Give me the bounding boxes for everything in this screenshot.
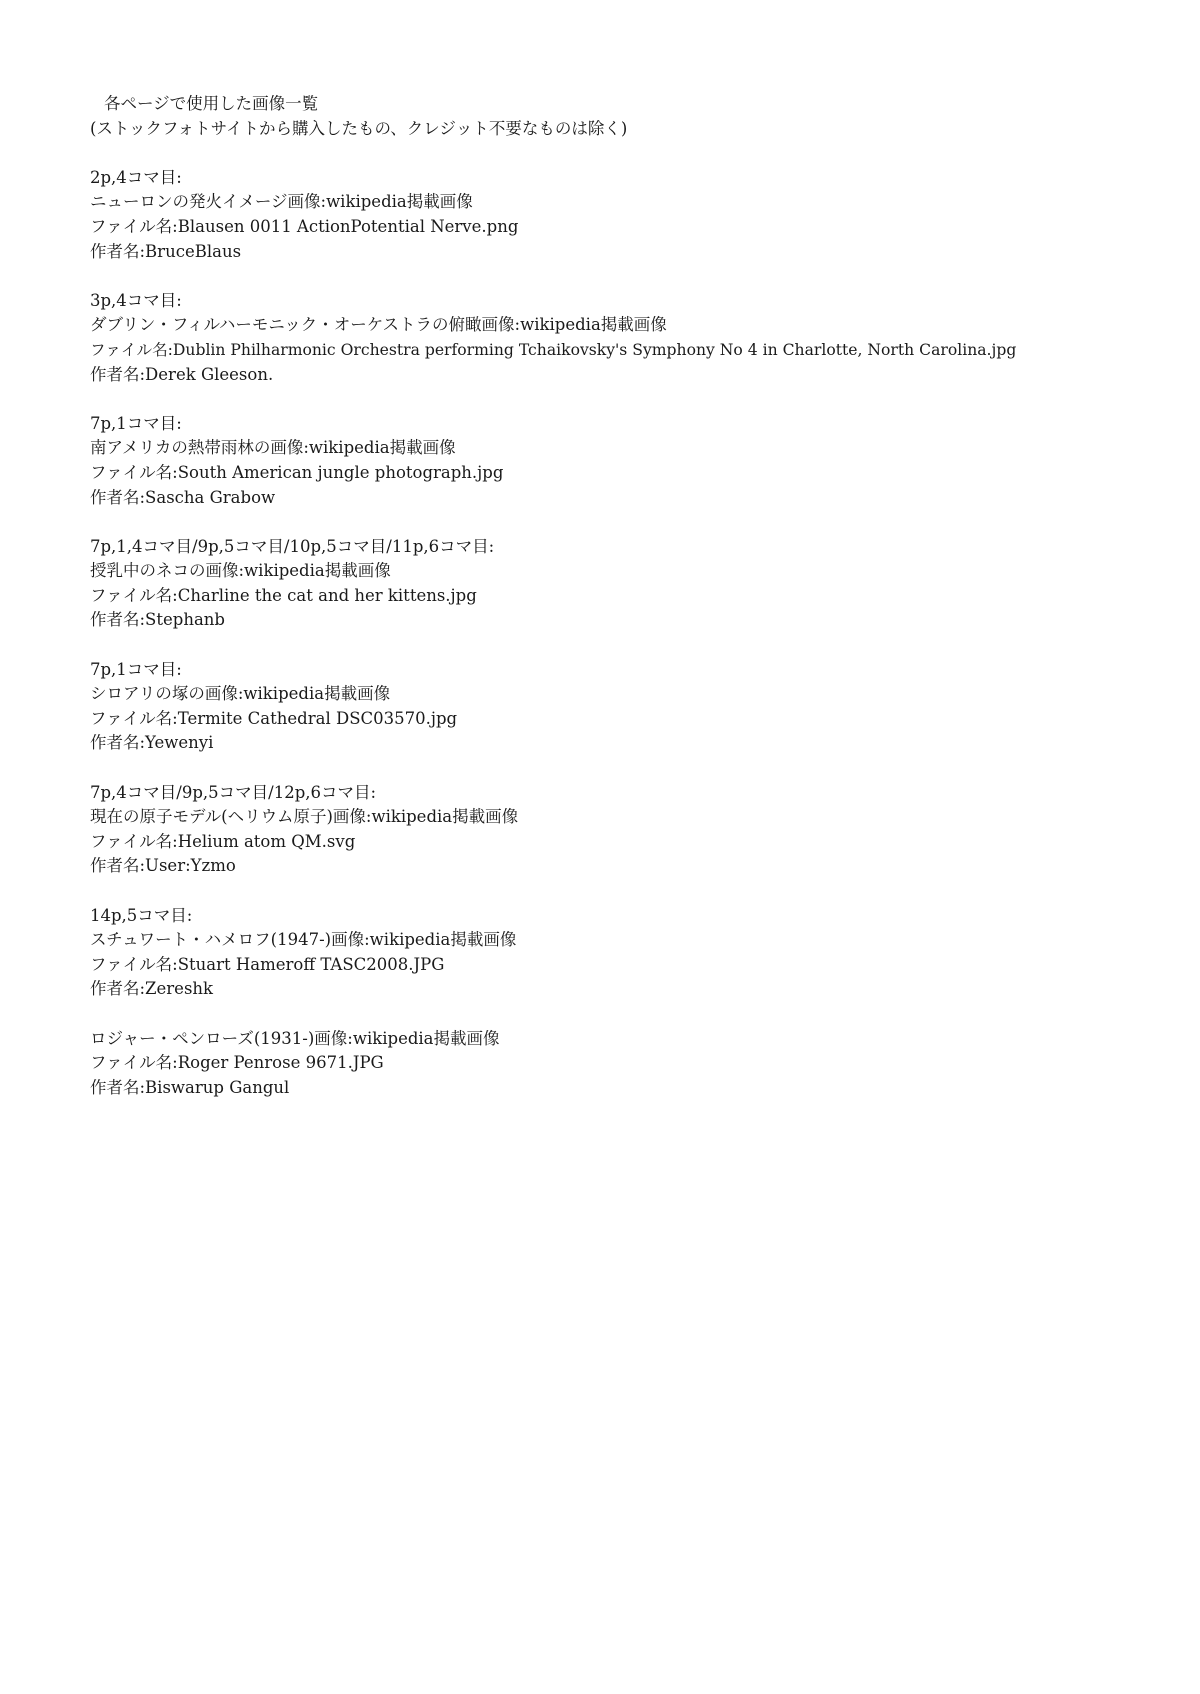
- entry-pages: 7p,1,4コマ目/9p,5コマ目/10p,5コマ目/11p,6コマ目:: [90, 535, 1150, 560]
- entry-pages: 7p,1コマ目:: [90, 412, 1150, 437]
- spacer: [90, 510, 1150, 535]
- entry-author: 作者名:Zereshk: [90, 977, 1150, 1002]
- credit-entry: ロジャー・ペンローズ(1931-)画像:wikipedia掲載画像 ファイル名:…: [90, 1027, 1150, 1101]
- spacer: [90, 756, 1150, 781]
- entry-author: 作者名:Stephanb: [90, 608, 1150, 633]
- spacer: [90, 264, 1150, 289]
- spacer: [90, 1002, 1150, 1027]
- entry-description: 現在の原子モデル(ヘリウム原子)画像:wikipedia掲載画像: [90, 805, 1150, 830]
- spacer: [90, 879, 1150, 904]
- entry-description: ダブリン・フィルハーモニック・オーケストラの俯瞰画像:wikipedia掲載画像: [90, 313, 1150, 338]
- entry-description: 南アメリカの熱帯雨林の画像:wikipedia掲載画像: [90, 436, 1150, 461]
- entry-author: 作者名:Yewenyi: [90, 731, 1150, 756]
- credit-entry: 7p,1コマ目: 南アメリカの熱帯雨林の画像:wikipedia掲載画像 ファイ…: [90, 412, 1150, 510]
- document-title: 各ページで使用した画像一覧: [90, 92, 1150, 117]
- entry-pages: 7p,1コマ目:: [90, 658, 1150, 683]
- entry-description: ロジャー・ペンローズ(1931-)画像:wikipedia掲載画像: [90, 1027, 1150, 1052]
- entry-file: ファイル名:Charline the cat and her kittens.j…: [90, 584, 1150, 609]
- entry-description: ニューロンの発火イメージ画像:wikipedia掲載画像: [90, 190, 1150, 215]
- credit-entry: 3p,4コマ目: ダブリン・フィルハーモニック・オーケストラの俯瞰画像:wiki…: [90, 289, 1150, 387]
- spacer: [90, 141, 1150, 166]
- entry-author: 作者名:Derek Gleeson.: [90, 363, 1150, 388]
- entry-pages: 14p,5コマ目:: [90, 904, 1150, 929]
- entry-description: スチュワート・ハメロフ(1947-)画像:wikipedia掲載画像: [90, 928, 1150, 953]
- entry-file: ファイル名:South American jungle photograph.j…: [90, 461, 1150, 486]
- entry-description: シロアリの塚の画像:wikipedia掲載画像: [90, 682, 1150, 707]
- entry-pages: 2p,4コマ目:: [90, 166, 1150, 191]
- entry-author: 作者名:User:Yzmo: [90, 854, 1150, 879]
- spacer: [90, 387, 1150, 412]
- entry-file: ファイル名:Stuart Hameroff TASC2008.JPG: [90, 953, 1150, 978]
- entry-file: ファイル名:Termite Cathedral DSC03570.jpg: [90, 707, 1150, 732]
- entry-description: 授乳中のネコの画像:wikipedia掲載画像: [90, 559, 1150, 584]
- credit-entry: 14p,5コマ目: スチュワート・ハメロフ(1947-)画像:wikipedia…: [90, 904, 1150, 1002]
- credit-entry: 7p,4コマ目/9p,5コマ目/12p,6コマ目: 現在の原子モデル(ヘリウム原…: [90, 781, 1150, 879]
- credit-entry: 7p,1,4コマ目/9p,5コマ目/10p,5コマ目/11p,6コマ目: 授乳中…: [90, 535, 1150, 633]
- entry-file: ファイル名:Roger Penrose 9671.JPG: [90, 1051, 1150, 1076]
- entry-file: ファイル名:Blausen 0011 ActionPotential Nerve…: [90, 215, 1150, 240]
- spacer: [90, 633, 1150, 658]
- entry-pages: 3p,4コマ目:: [90, 289, 1150, 314]
- entry-file: ファイル名:Helium atom QM.svg: [90, 830, 1150, 855]
- entry-author: 作者名:Biswarup Gangul: [90, 1076, 1150, 1101]
- document-subtitle: (ストックフォトサイトから購入したもの、クレジット不要なものは除く): [90, 117, 1150, 142]
- entry-file: ファイル名:Dublin Philharmonic Orchestra perf…: [90, 338, 1150, 363]
- entry-author: 作者名:BruceBlaus: [90, 240, 1150, 265]
- entry-pages: 7p,4コマ目/9p,5コマ目/12p,6コマ目:: [90, 781, 1150, 806]
- document-page: 各ページで使用した画像一覧 (ストックフォトサイトから購入したもの、クレジット不…: [90, 92, 1150, 1100]
- credit-entry: 7p,1コマ目: シロアリの塚の画像:wikipedia掲載画像 ファイル名:T…: [90, 658, 1150, 756]
- credit-entry: 2p,4コマ目: ニューロンの発火イメージ画像:wikipedia掲載画像 ファ…: [90, 166, 1150, 264]
- entry-author: 作者名:Sascha Grabow: [90, 486, 1150, 511]
